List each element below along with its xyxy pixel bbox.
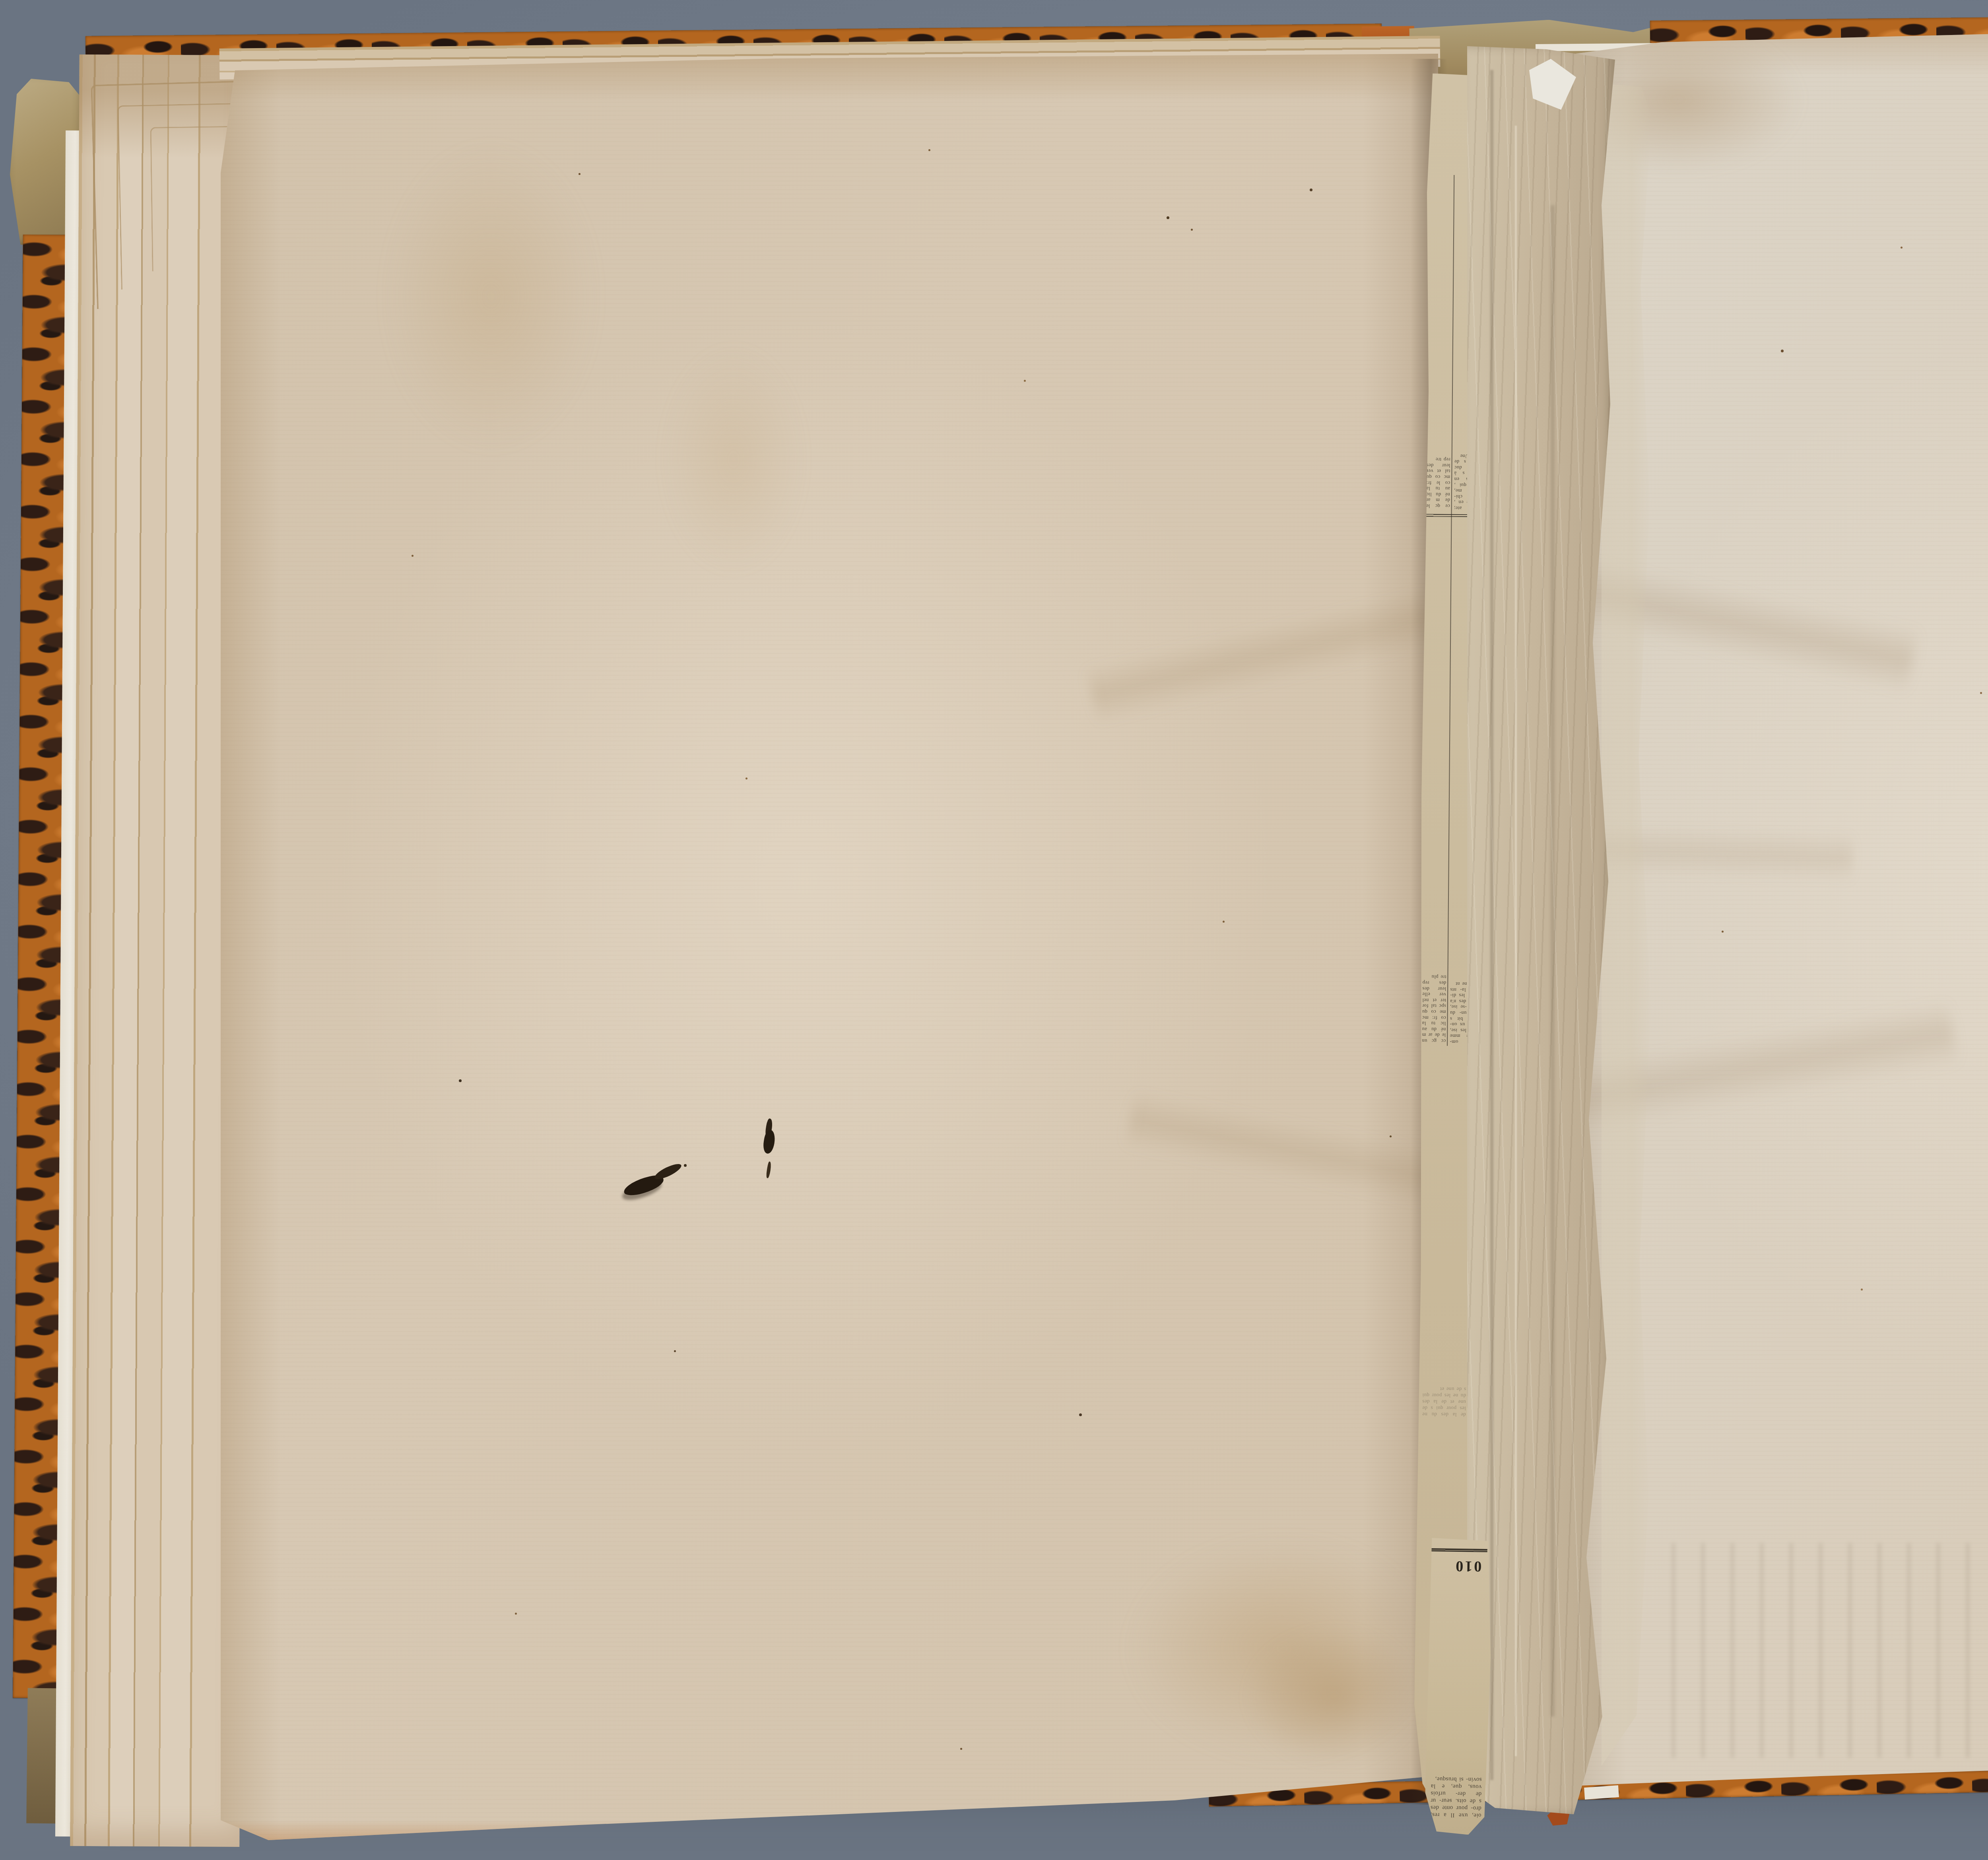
left-page-left-stain-band: [221, 54, 280, 1848]
newspaper-column: cc gc un le de ar m né du au lic tu la c…: [1422, 531, 1450, 1044]
cover-marbled-edge-left: [13, 235, 70, 1699]
cloth-crease: [1515, 126, 1517, 1756]
cover-marbled-edge-top: [85, 23, 1382, 60]
right-page-wrinkle-shadow: [1548, 999, 1959, 1137]
ink-smear: [653, 1161, 683, 1182]
left-page-wrinkle-shadow: [1085, 588, 1439, 725]
left-page-corner-stain: [1131, 1541, 1433, 1756]
right-page: [1543, 16, 1988, 1790]
right-page-bottom-marks: [1646, 1543, 1988, 1758]
left-page: [221, 54, 1438, 1848]
ink-blot: [762, 1129, 776, 1154]
newspaper-column-faint: de la des du ne les pour qui s de une et…: [1422, 1075, 1469, 1418]
left-page-stain: [388, 145, 594, 447]
left-page-corner-stain: [1246, 1629, 1421, 1764]
right-page-wrinkle-shadow: [1566, 822, 1854, 884]
page-corner-stain-line: [91, 81, 242, 309]
cover-worn-orange-patch: [1362, 26, 1415, 52]
ink-spray-dots: [684, 1164, 687, 1167]
left-page-foxing-specks: [579, 173, 580, 175]
newspaper-column: oie, uxe Il a res, dro- pour onte des s …: [1430, 1602, 1484, 1819]
newspaper-headline-number: 010: [1434, 1554, 1482, 1575]
newspaper-horizontal-rule: [1431, 1548, 1487, 1552]
ink-smear: [622, 1173, 666, 1199]
cover-corner-top-left-leather: [10, 79, 85, 250]
book-scan-page: ce qc le de m ar né du lic au tu la co l…: [0, 0, 1988, 1860]
left-page-top-stain-band: [221, 54, 1438, 101]
newspaper-column: ce qc le de m ar né du lic au tu la co l…: [1426, 179, 1453, 509]
newspaper-strip-bottom: 010 oie, uxe Il a res, dro- pour onte de…: [1425, 1538, 1492, 1835]
paper-texture: [1543, 16, 1988, 1790]
paper-texture: [221, 54, 1438, 1848]
left-page-bottom-burn-edge: [221, 1820, 1438, 1848]
left-page-wrinkle-shadow: [1124, 1090, 1448, 1209]
cover-leather-stub-bottom-left: [26, 1688, 64, 1824]
cloth-crease: [1490, 70, 1493, 1780]
page-edge-sliver-bottom: [1584, 1785, 1619, 1800]
left-page-stain: [666, 348, 801, 571]
cloth-crease: [1551, 205, 1555, 1716]
page-block-edge-white-left: [55, 130, 83, 1837]
